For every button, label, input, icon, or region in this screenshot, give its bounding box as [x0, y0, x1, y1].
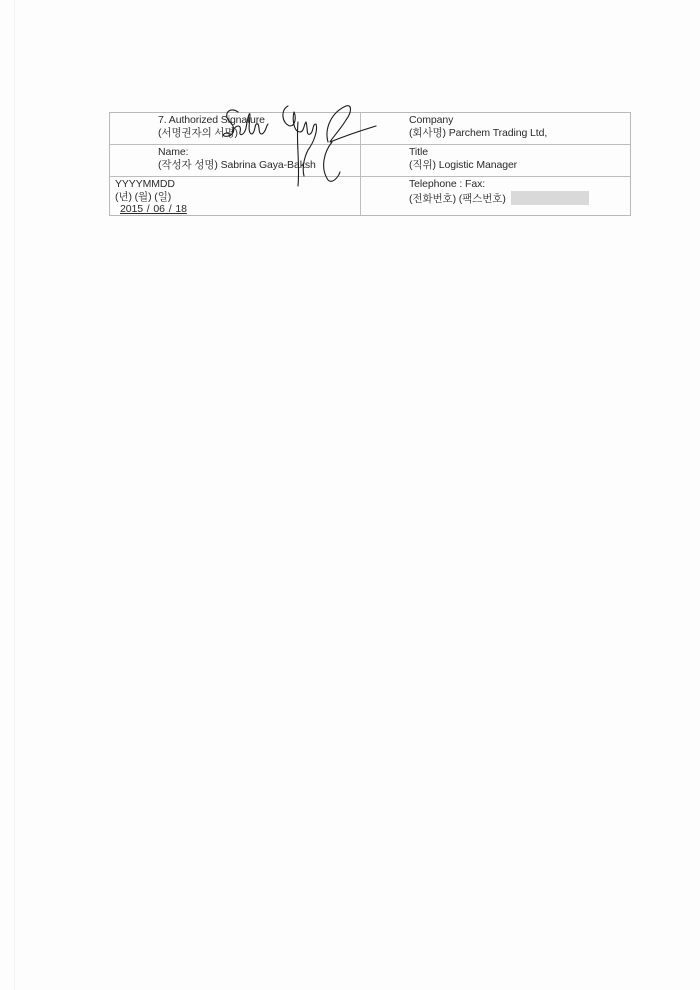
telephone-fax-line: (전화번호) (팩스번호) — [409, 191, 624, 206]
name-label: Name: — [158, 146, 358, 159]
title-value: Logistic Manager — [439, 159, 517, 171]
authorized-signature-label-ko: (서명권자의 서명) — [158, 127, 358, 140]
title-label: Title — [409, 146, 624, 159]
company-cell: Company (회사명) Parchem Trading Ltd, — [409, 114, 624, 144]
authorized-signature-cell: 7. Authorized Signature (서명권자의 서명) — [158, 114, 358, 144]
signature-block-table: 7. Authorized Signature (서명권자의 서명) Name:… — [109, 112, 631, 216]
company-line: (회사명) Parchem Trading Ltd, — [409, 127, 624, 140]
row-divider — [110, 144, 630, 145]
scan-edge — [14, 0, 15, 990]
title-line: (직위) Logistic Manager — [409, 159, 624, 172]
authorized-signature-label: 7. Authorized Signature — [158, 114, 358, 127]
date-format-label-ko: (년) (월) (일) — [115, 191, 355, 204]
telephone-fax-label: Telephone : Fax: — [409, 178, 624, 191]
company-label: Company — [409, 114, 624, 127]
date-value: 2015 / 06 / 18 — [115, 203, 187, 216]
name-cell: Name: (작성자 성명) Sabrina Gaya-Baksh — [158, 146, 358, 176]
company-value: Parchem Trading Ltd, — [449, 127, 547, 139]
name-value: Sabrina Gaya-Baksh — [221, 159, 316, 171]
name-label-ko: (작성자 성명) — [158, 159, 218, 171]
telephone-fax-label-ko: (전화번호) (팩스번호) — [409, 193, 506, 205]
telephone-fax-cell: Telephone : Fax: (전화번호) (팩스번호) — [409, 178, 624, 216]
column-divider — [360, 113, 361, 215]
date-format-label: YYYYMMDD — [115, 178, 355, 191]
name-line: (작성자 성명) Sabrina Gaya-Baksh — [158, 159, 358, 172]
company-label-ko: (회사명) — [409, 127, 446, 139]
row-divider — [110, 176, 630, 177]
date-cell: YYYYMMDD (년) (월) (일) 2015 / 06 / 18 — [115, 178, 355, 216]
title-cell: Title (직위) Logistic Manager — [409, 146, 624, 176]
title-label-ko: (직위) — [409, 159, 436, 171]
redacted-phone-fax — [511, 191, 589, 205]
